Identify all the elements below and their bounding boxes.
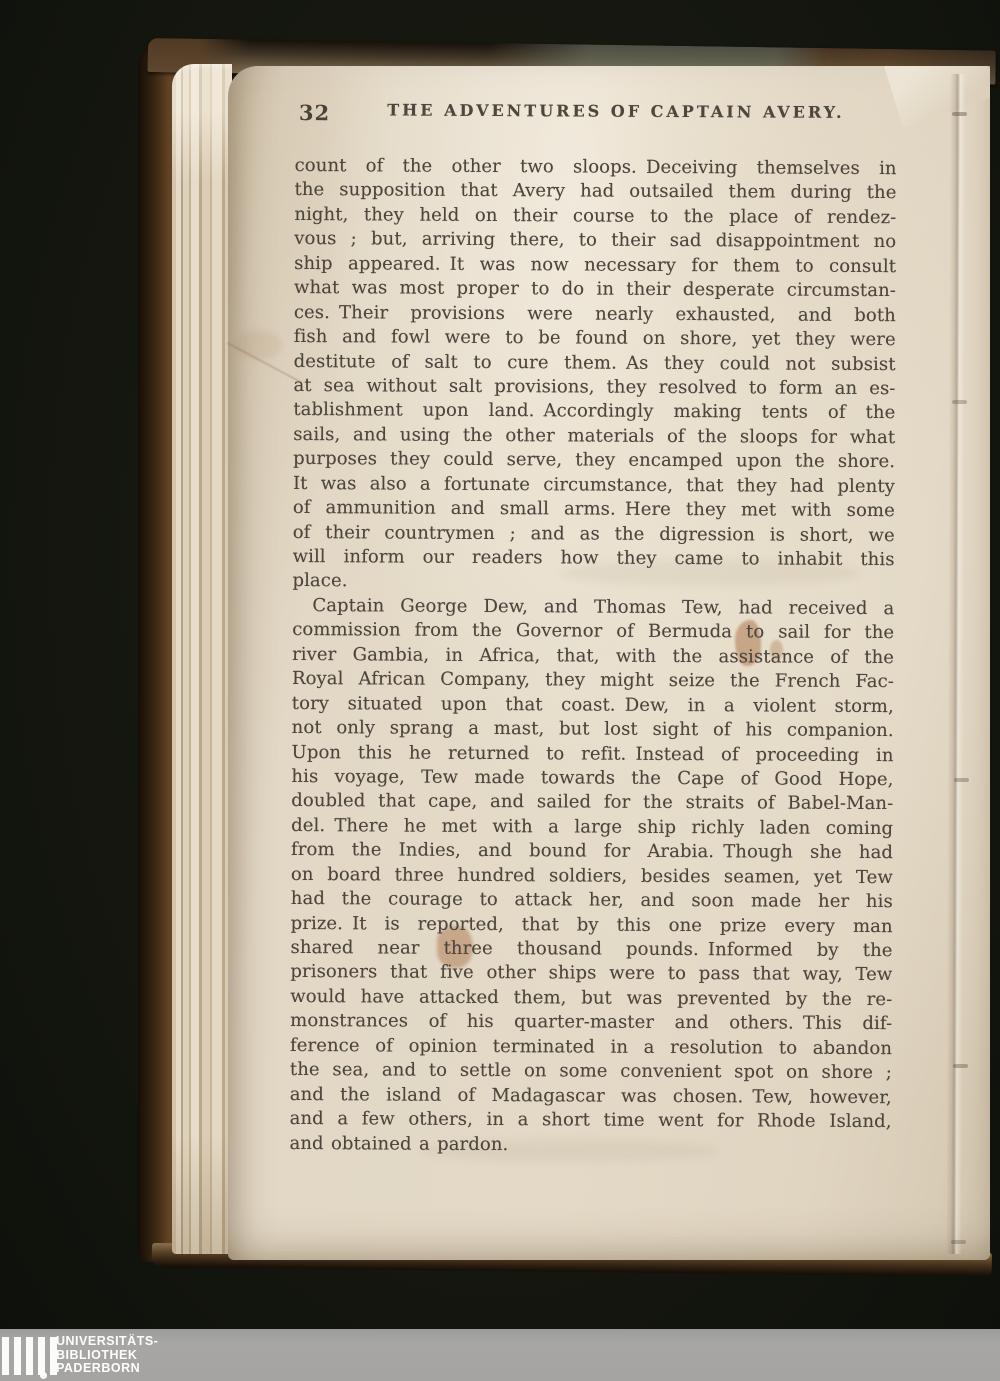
text-line: prisoners that five other ships were to … [290,960,892,988]
text-line: from the Indies, and bound for Arabia. T… [291,838,893,866]
text-line: count of the other two sloops. Deceiving… [295,154,897,182]
running-title: THE ADVENTURES OF CAPTAIN AVERY. [295,100,897,122]
foxing-spot [236,330,282,360]
page-number: 32 [299,100,330,125]
text-line: what was most proper to do in their desp… [294,276,896,304]
text-line: purposes they could serve, they encamped… [293,447,895,475]
page-text: count of the other two sloops. Deceiving… [289,154,896,1159]
library-name-line: BIBLIOTHEK [56,1349,158,1363]
library-watermark-bar: UNIVERSITÄTS- BIBLIOTHEK PADERBORN [0,1329,1000,1381]
text-line: fish and fowl were to be found on shore,… [294,325,896,353]
logo-bar [26,1337,33,1375]
text-line: tory situated upon that coast. Dew, in a… [292,692,894,720]
text-line: and the island of Madagascar was chosen.… [290,1083,892,1111]
text-line: at sea without salt provisions, they res… [293,374,895,402]
page-edge-stack [172,64,232,1254]
text-line: It was also a fortunate circumstance, th… [293,472,895,500]
text-line: river Gambia, in Africa, that, with the … [292,643,894,671]
text-line: would have attacked them, but was preven… [290,985,892,1013]
text-line: will inform our readers how they came to… [293,545,895,573]
scanned-book-photo: 32 THE ADVENTURES OF CAPTAIN AVERY. coun… [0,0,1000,1381]
text-line: had the courage to attack her, and soon … [291,887,893,915]
text-line: monstrances of his quarter-master and ot… [290,1009,892,1037]
text-line: Captain George Dew, and Thomas Tew, had … [292,594,894,622]
text-line: vous ; but, arriving there, to their sad… [294,227,896,255]
paragraph: count of the other two sloops. Deceiving… [292,154,896,597]
logo-bar [14,1337,21,1375]
library-name-line: PADERBORN [56,1362,158,1376]
logo-bar [38,1337,45,1375]
text-line: ference of opinion terminated in a resol… [290,1034,892,1062]
text-line: sails, and using the other materials of … [293,423,895,451]
library-logo [2,1337,57,1375]
page-header: 32 THE ADVENTURES OF CAPTAIN AVERY. [295,100,897,129]
printed-page-content: 32 THE ADVENTURES OF CAPTAIN AVERY. coun… [289,100,897,1159]
text-line: and obtained a pardon. [289,1131,891,1159]
text-line: ship appeared. It was now necessary for … [294,252,896,280]
text-line: destitute of salt to cure them. As they … [294,349,896,377]
text-line: Royal African Company, they might seize … [292,667,894,695]
logo-dot-icon [40,1372,47,1379]
text-line: of their countrymen ; and as the digress… [293,521,895,549]
paragraph: Captain George Dew, and Thomas Tew, had … [289,594,894,1159]
text-line: of ammunition and small arms. Here they … [293,496,895,524]
text-line: commission from the Governor of Bermuda … [292,618,894,646]
text-line: night, they held on their course to the … [294,203,896,231]
text-line: tablishment upon land. Accordingly makin… [293,398,895,426]
logo-bar [2,1337,9,1375]
text-line: his voyage, Tew made towards the Cape of… [291,765,893,793]
text-line: on board three hundred soldiers, besides… [291,863,893,891]
text-line: not only sprang a mast, but lost sight o… [292,716,894,744]
text-line: del. There he met with a large ship rich… [291,814,893,842]
text-line: place. [292,569,894,597]
text-line: the supposition that Avery had outsailed… [294,178,896,206]
paper-nick [952,112,967,116]
text-line: ces. Their provisions were nearly exhaus… [294,301,896,329]
text-line: the sea, and to settle on some convenien… [290,1058,892,1086]
text-line: and a few others, in a short time went f… [290,1107,892,1135]
library-name: UNIVERSITÄTS- BIBLIOTHEK PADERBORN [56,1335,158,1376]
text-line: shared near three thousand pounds. Infor… [290,936,892,964]
library-name-line: UNIVERSITÄTS- [56,1335,158,1349]
text-line: prize. It is reported, that by this one … [291,912,893,940]
text-line: doubled that cape, and sailed for the st… [291,789,893,817]
text-line: Upon this he returned to refit. Instead … [292,740,894,768]
